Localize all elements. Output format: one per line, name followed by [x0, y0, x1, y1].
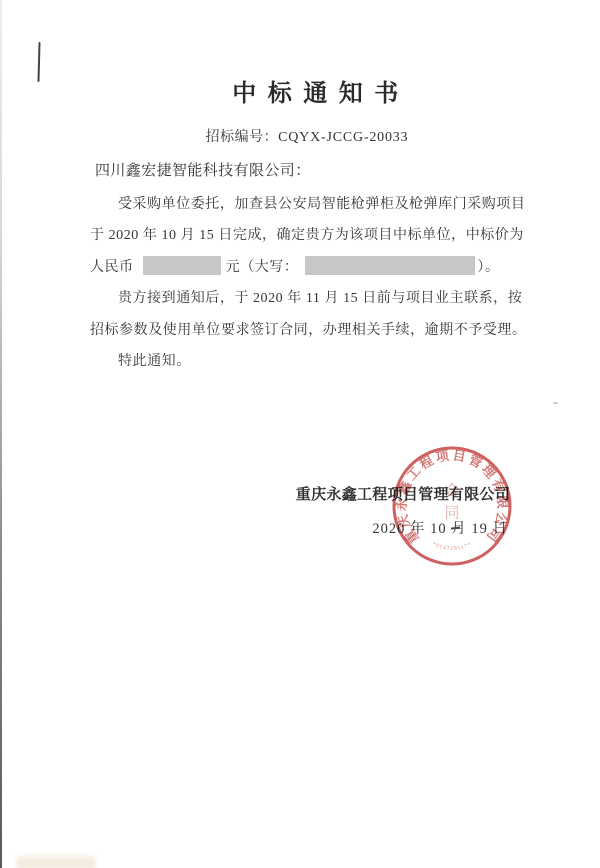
body-closing-note: 特此通知。 — [90, 346, 520, 377]
scan-corner-smudge — [16, 856, 96, 868]
bid-number-value: CQYX-JCCG-20033 — [278, 130, 408, 145]
scanned-document-page: 中标通知书 招标编号：CQYX-JCCG-20033 四川鑫宏捷智能科技有限公司… — [0, 0, 600, 868]
body-paragraph2-line2: 招标参数及使用单位要求签订合同，办理相关手续，逾期不予受理。 — [90, 315, 520, 346]
signature-date: 2020 年 10 月 19 日 — [372, 517, 508, 538]
svg-text:*914720117*: *914720117* — [431, 542, 472, 552]
bid-number-line: 招标编号：CQYX-JCCG-20033 — [0, 126, 600, 146]
letter-body: 受采购单位委托，加查县公安局智能枪弹柜及枪弹库门采购项目 于 2020 年 10… — [90, 189, 520, 377]
body-price-line: 人民币元（大写：）。 — [90, 252, 520, 283]
body-paragraph2-line1: 贵方接到通知后，于 2020 年 11 月 15 日前与项目业主联系，按 — [90, 283, 520, 314]
body-paragraph1-line1: 受采购单位委托，加查县公安局智能枪弹柜及枪弹库门采购项目 — [90, 189, 520, 220]
price-close: ）。 — [477, 260, 499, 275]
redacted-amount-box — [143, 256, 221, 275]
bid-number-label: 招标编号： — [206, 130, 279, 145]
redacted-amount-words-box — [305, 256, 475, 275]
scan-speck — [553, 402, 558, 404]
price-prefix: 人民币 — [90, 260, 134, 275]
addressee-line: 四川鑫宏捷智能科技有限公司： — [95, 159, 311, 180]
document-title: 中标通知书 — [0, 73, 600, 108]
seal-ring — [394, 448, 510, 564]
company-seal-stamp: 重庆永鑫工程项目管理有限公司 合 同 *914720117* — [387, 441, 517, 571]
seal-serial-number: *914720117* — [431, 542, 472, 552]
body-paragraph1-line2: 于 2020 年 10 月 15 日完成，确定贵方为该项目中标单位，中标价为 — [90, 220, 520, 251]
price-unit: 元（大写： — [226, 260, 299, 275]
signature-company-name: 重庆永鑫工程项目管理有限公司 — [296, 483, 510, 504]
